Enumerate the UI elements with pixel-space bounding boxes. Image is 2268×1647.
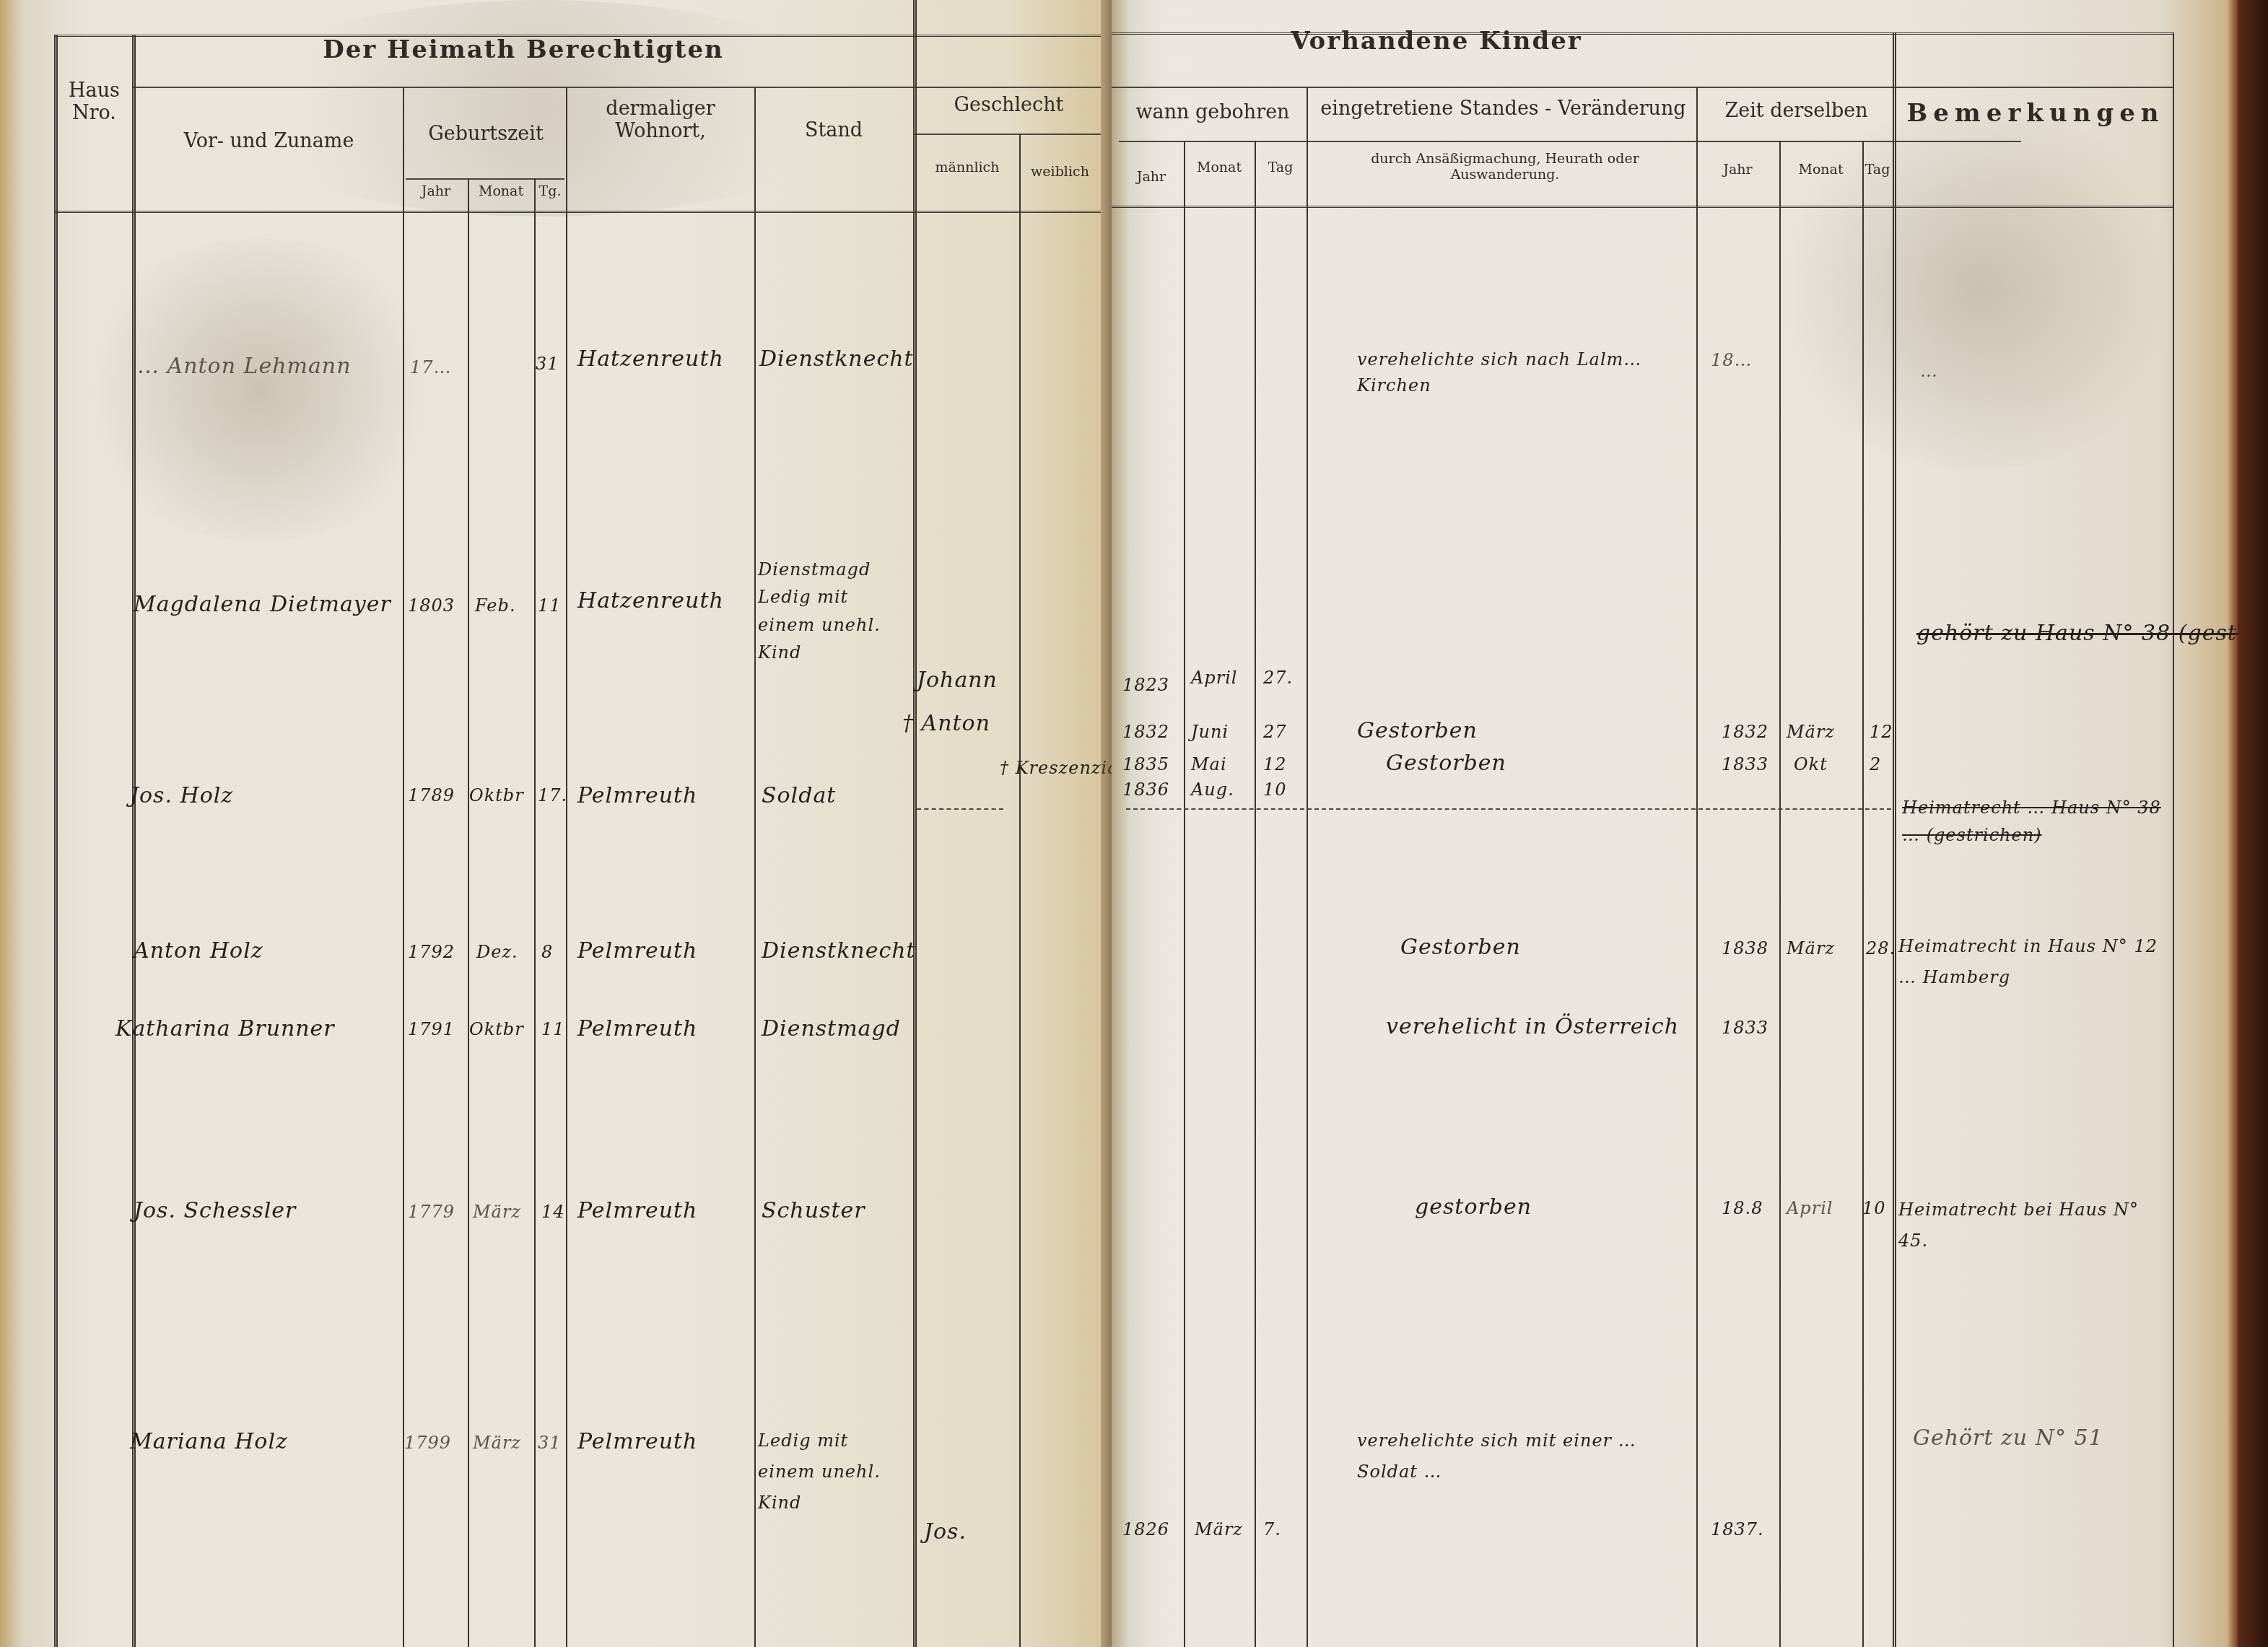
entry-veraenderung: Gestorben [1400,935,1521,960]
child-veraenderung: verehelichte sich mit einer … Soldat … [1357,1425,1689,1487]
water-stain [72,238,448,541]
child-zeit-year: 1832 [1722,722,1768,742]
child-zeit-year: 1837. [1711,1519,1764,1539]
child-veraenderung: Gestorben [1357,718,1478,743]
entry-veraenderung: gestorben [1415,1194,1532,1220]
entry-veraenderung: verehelichte sich nach Lalm… Kirchen [1357,346,1682,398]
child-birth-month: März [1195,1519,1243,1539]
entry-wohnort: Hatzenreuth [577,588,724,613]
column-rule [54,35,58,1647]
child-birth-month: Mai [1191,754,1227,774]
entry-name: Anton Holz [134,938,263,964]
column-rule [534,178,536,1647]
entry-zeit-year: 1833 [1722,1018,1768,1038]
header-wann-gebohren: wann gebohren [1119,101,1307,123]
column-rule [403,87,404,1647]
header-geburtszeit: Geburtszeit [406,123,566,145]
entry-birth-year: 1803 [408,595,455,616]
entry-zeit-year: 18.8 [1722,1198,1763,1218]
header-vor-und-zuname: Vor- und Zuname [137,130,401,152]
column-rule [1893,32,1896,1647]
child-birth-year: 1832 [1122,722,1169,742]
entry-birth-year: 1792 [408,942,455,962]
child-zeit-day: 12 [1870,722,1893,742]
entry-zeit-year: 1838 [1722,938,1768,958]
entry-birth-month: Feb. [475,595,516,616]
entry-name: Jos. Holz [130,783,233,808]
column-rule [566,87,567,1647]
entry-stand: Dienstknecht [759,346,914,372]
dash-filler [1126,808,1891,810]
header-kind-jahr: Jahr [1119,170,1184,185]
entry-stand: Dienstknecht [762,938,916,964]
entry-birth-month: März [473,1202,521,1222]
entry-birth-year: 17… [410,357,452,377]
entry-zeit-day: 28. [1866,938,1896,958]
entry-birth-year: 1779 [408,1202,455,1222]
dash-filler [917,808,1003,810]
header-zeit-tag: Tag [1862,162,1893,178]
child-birth-day: 12 [1263,754,1287,774]
header-zeit-jahr: Jahr [1696,162,1779,178]
entry-bemerkung: Heimatrecht … Haus N° 38 … (gestrichen) [1902,794,2169,849]
entry-name: Magdalena Dietmayer [134,592,391,617]
entry-birth-day: 11 [541,1019,565,1039]
child-zeit-month: Okt [1794,754,1828,774]
entry-name: Jos. Schessler [134,1198,296,1223]
header-kind-monat: Monat [1184,160,1255,176]
entry-zeit-day: 10 [1862,1198,1886,1218]
child-birth-year: 1826 [1122,1519,1169,1539]
header-standes-veraenderung-sub: durch Ansäßigmachung, Heurath oder Auswa… [1350,152,1660,183]
entry-wohnort: Hatzenreuth [577,346,724,372]
header-geburt-monat: Monat [468,184,534,200]
geschlecht-sub-rule [913,134,1101,135]
entry-birth-day: 31 [538,1433,562,1453]
column-rule [1779,141,1781,1647]
column-rule [754,87,756,1647]
child-birth-year: 1835 [1122,754,1169,774]
header-bottom-rule [1112,206,2173,208]
entry-birth-month: Dez. [476,942,518,962]
column-rule [468,178,469,1647]
entry-birth-year: 1789 [408,785,455,805]
header-banner-rule [134,87,1101,88]
child-birth-day: 27. [1263,668,1293,688]
book-binding-edge [2238,0,2268,1647]
header-haus-nro: Haus Nro. [56,79,132,124]
child-birth-month: Juni [1191,722,1229,742]
entry-stand: Dienstmagd Ledig mit einem unehl. Kind [758,556,910,667]
entry-wohnort: Pelmreuth [577,938,697,964]
header-weiblich: weiblich [1019,165,1101,180]
header-zeit-derselben: Zeit derselben [1700,100,1893,122]
entry-stand: Dienstmagd [762,1016,901,1041]
entry-veraenderung: verehelicht in Österreich [1386,1014,1679,1039]
entry-birth-month: März [473,1433,521,1453]
column-rule [1862,141,1864,1647]
child-zeit-year: 1833 [1722,754,1768,774]
entry-bemerkung: Gehört zu N° 51 [1913,1425,2103,1451]
entry-name: … Anton Lehmann [137,354,351,379]
child-name: † Anton [902,711,990,736]
header-geburt-tag: Tg. [534,184,566,200]
entry-wohnort: Pelmreuth [577,1016,697,1041]
child-birth-day: 27 [1263,722,1287,742]
header-geburt-jahr: Jahr [404,184,468,200]
column-rule [1696,87,1698,1647]
entry-birth-year: 1791 [408,1019,455,1039]
header-zeit-monat: Monat [1779,162,1862,178]
entry-wohnort: Pelmreuth [577,1198,697,1223]
header-stand: Stand [758,119,910,141]
entry-zeit-year: 18… [1711,350,1753,370]
entry-stand: Ledig mit einem unehl. Kind [758,1425,910,1519]
header-bemerkungen: Bemerkungen [1898,100,2173,128]
child-birth-year: 1836 [1122,779,1169,800]
column-rule [132,35,136,1647]
entry-birth-month: Oktbr [469,1019,524,1039]
header-banner-rule [1112,87,2173,88]
child-name: Jos. [924,1519,967,1545]
entry-stand: Soldat [762,783,836,808]
left-page: Der Heimath Berechtigten Haus Nro. Vor- … [0,0,1112,1647]
child-name: Johann [917,668,998,693]
entry-name: Katharina Brunner [115,1016,335,1041]
entry-birth-day: 14 [541,1202,565,1222]
entry-wohnort: Pelmreuth [577,1429,697,1454]
entry-bemerkung: … [1920,361,1938,381]
entry-stand: Schuster [762,1198,865,1223]
entry-name: Mariana Holz [130,1429,288,1454]
banner-heimath-berechtigten: Der Heimath Berechtigten [134,36,913,64]
header-wohnort: dermaliger Wohnort, [577,97,743,142]
entry-bemerkung: Heimatrecht in Haus N° 12 … Hamberg [1898,931,2173,993]
header-standes-veraenderung: eingetretiene Standes - Veränderung [1310,97,1696,120]
column-rule [913,0,917,1647]
column-rule [2173,32,2174,1647]
column-rule [1019,134,1021,1647]
banner-vorhandene-kinder: Vorhandene Kinder [1112,27,1761,56]
entry-bemerkung: Heimatrecht bei Haus N° 45. [1898,1194,2173,1257]
header-bottom-rule [54,211,1101,213]
header-maennlich: männlich [915,160,1019,176]
child-birth-month: April [1191,668,1238,688]
entry-birth-day: 31 [536,354,559,374]
entry-wohnort: Pelmreuth [577,783,697,808]
entry-birth-day: 17. [538,785,567,805]
entry-bemerkung: gehört zu Haus N° 38 (gestrichen) [1916,621,2238,646]
entry-birth-day: 8 [541,942,553,962]
child-birth-day: 7. [1263,1519,1281,1539]
header-kind-tag: Tag [1255,160,1307,176]
column-rule [1307,87,1308,1647]
child-zeit-day: 2 [1870,754,1881,774]
child-birth-year: 1823 [1122,675,1169,695]
right-page: Vorhandene Kinder wann gebohren Jahr Mon… [1112,0,2238,1647]
entry-zeit-month: April [1787,1198,1833,1218]
column-rule [1184,141,1185,1647]
child-birth-month: Aug. [1191,779,1234,800]
header-geschlecht: Geschlecht [917,94,1101,116]
geburtszeit-sub-rule [406,178,564,180]
child-zeit-month: März [1787,722,1835,742]
column-rule [1255,141,1256,1647]
entry-birth-day: 11 [538,595,562,616]
child-veraenderung: Gestorben [1386,751,1506,776]
entry-birth-year: 1799 [404,1433,451,1453]
child-name: † Kreszenzia [1000,758,1112,778]
child-birth-day: 10 [1263,779,1287,800]
entry-birth-month: Oktbr [469,785,524,805]
entry-zeit-month: März [1787,938,1835,958]
